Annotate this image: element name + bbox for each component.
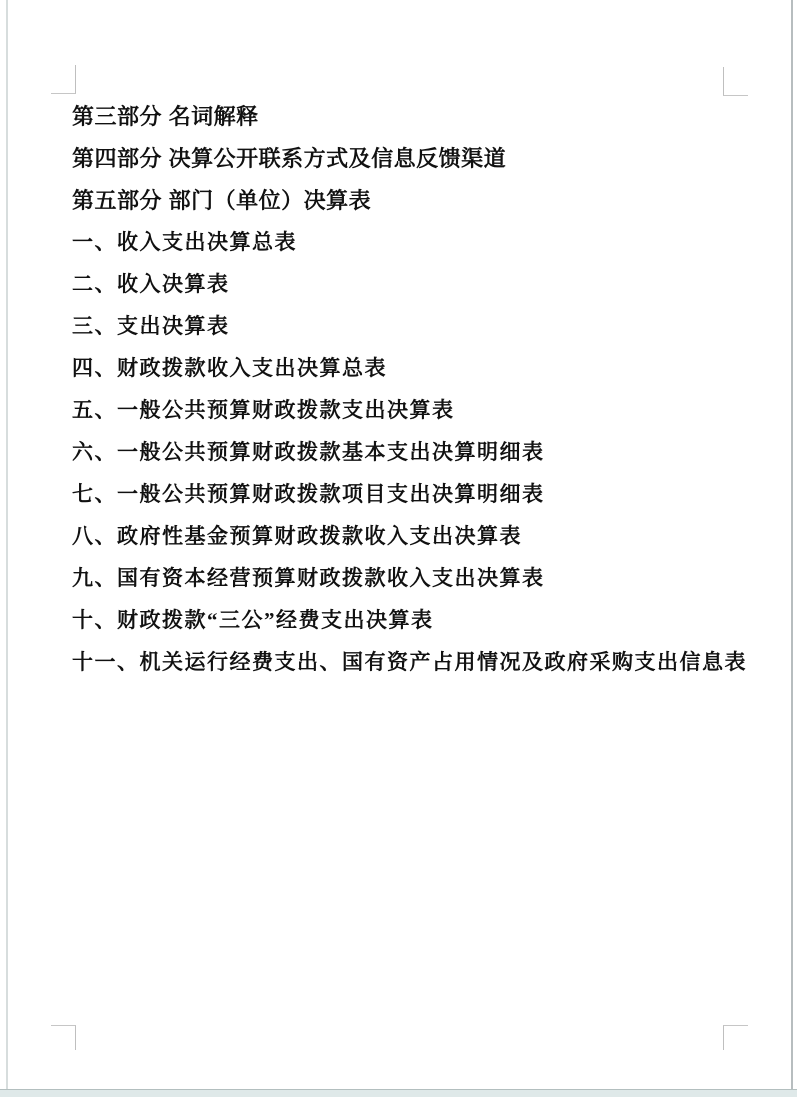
page-left-edge [6,0,8,1089]
toc-item-3: 三、支出决算表 [72,304,752,346]
crop-mark-bottom-left [51,1025,76,1050]
document-page: 第三部分 名词解释 第四部分 决算公开联系方式及信息反馈渠道 第五部分 部门（单… [0,0,797,1097]
toc-item-1: 一、收入支出决算总表 [72,220,752,262]
page-bottom-edge [0,1089,797,1097]
toc-item-4: 四、财政拨款收入支出决算总表 [72,346,752,388]
toc-item-7: 七、一般公共预算财政拨款项目支出决算明细表 [72,472,752,514]
toc-item-11: 十一、机关运行经费支出、国有资产占用情况及政府采购支出信息表 [72,640,752,682]
toc-item-10: 十、财政拨款“三公”经费支出决算表 [72,598,752,640]
toc-heading-part4: 第四部分 决算公开联系方式及信息反馈渠道 [72,136,752,178]
toc-item-9: 九、国有资本经营预算财政拨款收入支出决算表 [72,556,752,598]
page-right-edge [791,0,793,1089]
toc-item-5: 五、一般公共预算财政拨款支出决算表 [72,388,752,430]
toc-item-2: 二、收入决算表 [72,262,752,304]
toc-heading-part5: 第五部分 部门（单位）决算表 [72,178,752,220]
crop-mark-top-left [51,65,76,94]
crop-mark-top-right [723,67,748,96]
toc-item-8: 八、政府性基金预算财政拨款收入支出决算表 [72,514,752,556]
toc-item-6: 六、一般公共预算财政拨款基本支出决算明细表 [72,430,752,472]
toc-content: 第三部分 名词解释 第四部分 决算公开联系方式及信息反馈渠道 第五部分 部门（单… [72,94,752,682]
toc-heading-part3: 第三部分 名词解释 [72,94,752,136]
crop-mark-bottom-right [723,1025,748,1050]
